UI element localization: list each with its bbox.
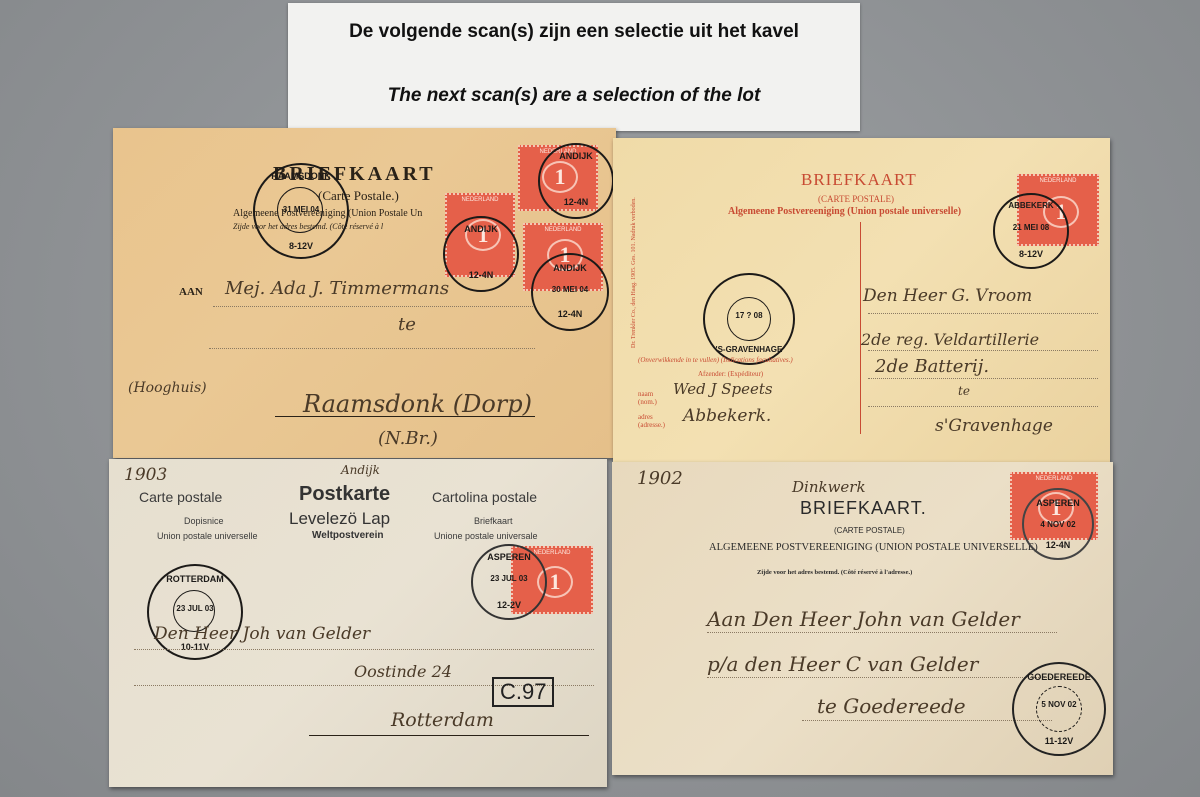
- recipient-city: Raamsdonk (Dorp): [303, 390, 532, 418]
- optional-note: (Onverwikkende in te vullen) (Indication…: [638, 356, 793, 364]
- recipient-te: te: [958, 384, 970, 398]
- recipient-city: s'Gravenhage: [935, 416, 1053, 436]
- printer-note: Dr. Trenkler Co., den Haag. 1905. Ges. 1…: [631, 197, 637, 348]
- postmark-asperen: ASPEREN 23 JUL 03 12-2V: [471, 544, 547, 620]
- label-dutch-text: De volgende scan(s) zijn een selectie ui…: [288, 21, 860, 43]
- postmark-andijk: ANDIJK 30 MEI 04 12-4N: [531, 253, 609, 331]
- union-italian: Unione postale universale: [434, 531, 538, 541]
- card-subtitle: (CARTE POSTALE): [818, 194, 894, 204]
- sender-place: Abbekerk.: [683, 406, 771, 426]
- card-union-line: Algemeene Postvereeniging (Union postale…: [728, 206, 961, 217]
- sender-label: Afzender: (Expéditeur): [698, 370, 763, 378]
- recipient-te: te: [398, 314, 416, 335]
- postmark-abbekerk: ABBEKERK 21 MEI 08 8-12V: [993, 193, 1069, 269]
- recipient-city: te Goedereede: [817, 694, 966, 718]
- sender-name: Wed J Speets: [673, 380, 773, 398]
- card-union-line: ALGEMEENE POSTVEREENIGING (UNION POSTALE…: [709, 542, 1038, 553]
- postmark-rotterdam: ROTTERDAM 23 JUL 03 10-11V: [147, 564, 243, 660]
- postmark-asperen: ASPEREN 4 NOV 02 12-4N: [1022, 488, 1094, 560]
- lot-label-card: De volgende scan(s) zijn een selectie ui…: [288, 3, 860, 131]
- recipient-name: Den Heer G. Vroom: [863, 286, 1032, 306]
- address-label: adres (adresse.): [638, 413, 668, 429]
- recipient-battery: 2de Batterij.: [875, 356, 989, 377]
- postmark-andijk: ANDIJK 12-4N: [538, 143, 614, 219]
- aan-label: AAN: [179, 286, 203, 298]
- recipient-street: Oostinde 24: [354, 662, 452, 681]
- year-note: 1903: [124, 465, 167, 485]
- recipient-province: (N.Br.): [378, 428, 438, 449]
- postcard-bottom-right: 1902 Dinkwerk BRIEFKAART. (CARTE POSTALE…: [612, 462, 1113, 775]
- subheading-hungarian: Levelezö Lap: [289, 509, 390, 529]
- postmark-raamsdonk: RAAMSDONK 31 MEI 04 8-12V: [253, 163, 349, 259]
- label-english-text: The next scan(s) are a selection of the …: [288, 85, 860, 107]
- recipient-name: Den Heer Joh van Gelder: [154, 624, 370, 644]
- postcard-top-left: BRIEFKAART (Carte Postale.) Algemeene Po…: [113, 128, 616, 458]
- postcard-top-right: BRIEFKAART (CARTE POSTALE) Algemeene Pos…: [613, 138, 1110, 462]
- recipient-name: Aan Den Heer John van Gelder: [707, 607, 1020, 631]
- postmark-andijk: ANDIJK 12-4N: [443, 216, 519, 292]
- recipient-regiment: 2de reg. Veldartillerie: [861, 330, 1039, 349]
- heading-german: Postkarte: [299, 483, 390, 506]
- union-german: Weltpostverein: [312, 530, 384, 541]
- subheading-croatian: Dopisnice: [184, 516, 224, 526]
- place-note: Dinkwerk: [792, 478, 866, 496]
- heading-italian: Cartolina postale: [432, 489, 537, 505]
- place-note: Andijk: [341, 463, 380, 477]
- heading-french: Carte postale: [139, 489, 222, 505]
- side-note: (Hooghuis): [128, 380, 207, 396]
- recipient-care-of: p/a den Heer C van Gelder: [707, 652, 978, 676]
- year-note: 1902: [637, 468, 683, 489]
- union-french: Union postale universelle: [157, 531, 258, 541]
- postmark-goedereede: GOEDEREEDE 5 NOV 02 11-12V: [1012, 662, 1106, 756]
- recipient-name: Mej. Ada J. Timmermans: [225, 278, 449, 299]
- postcard-bottom-left: 1903 Andijk Carte postale Postkarte Cart…: [109, 459, 607, 787]
- name-label: naam (nom.): [638, 390, 664, 406]
- card-address-note: Zijde voor het adres bestemd. (Côté rése…: [757, 569, 912, 576]
- box-mark: C.97: [492, 677, 554, 707]
- card-title: BRIEFKAART: [801, 170, 917, 190]
- card-title: BRIEFKAART.: [800, 498, 927, 519]
- recipient-city: Rotterdam: [391, 709, 494, 731]
- card-subtitle: (CARTE POSTALE): [834, 526, 905, 535]
- postmark-s-gravenhage: 'S-GRAVENHAGE 17 ? 08: [703, 273, 795, 365]
- subheading-dutch: Briefkaart: [474, 516, 513, 526]
